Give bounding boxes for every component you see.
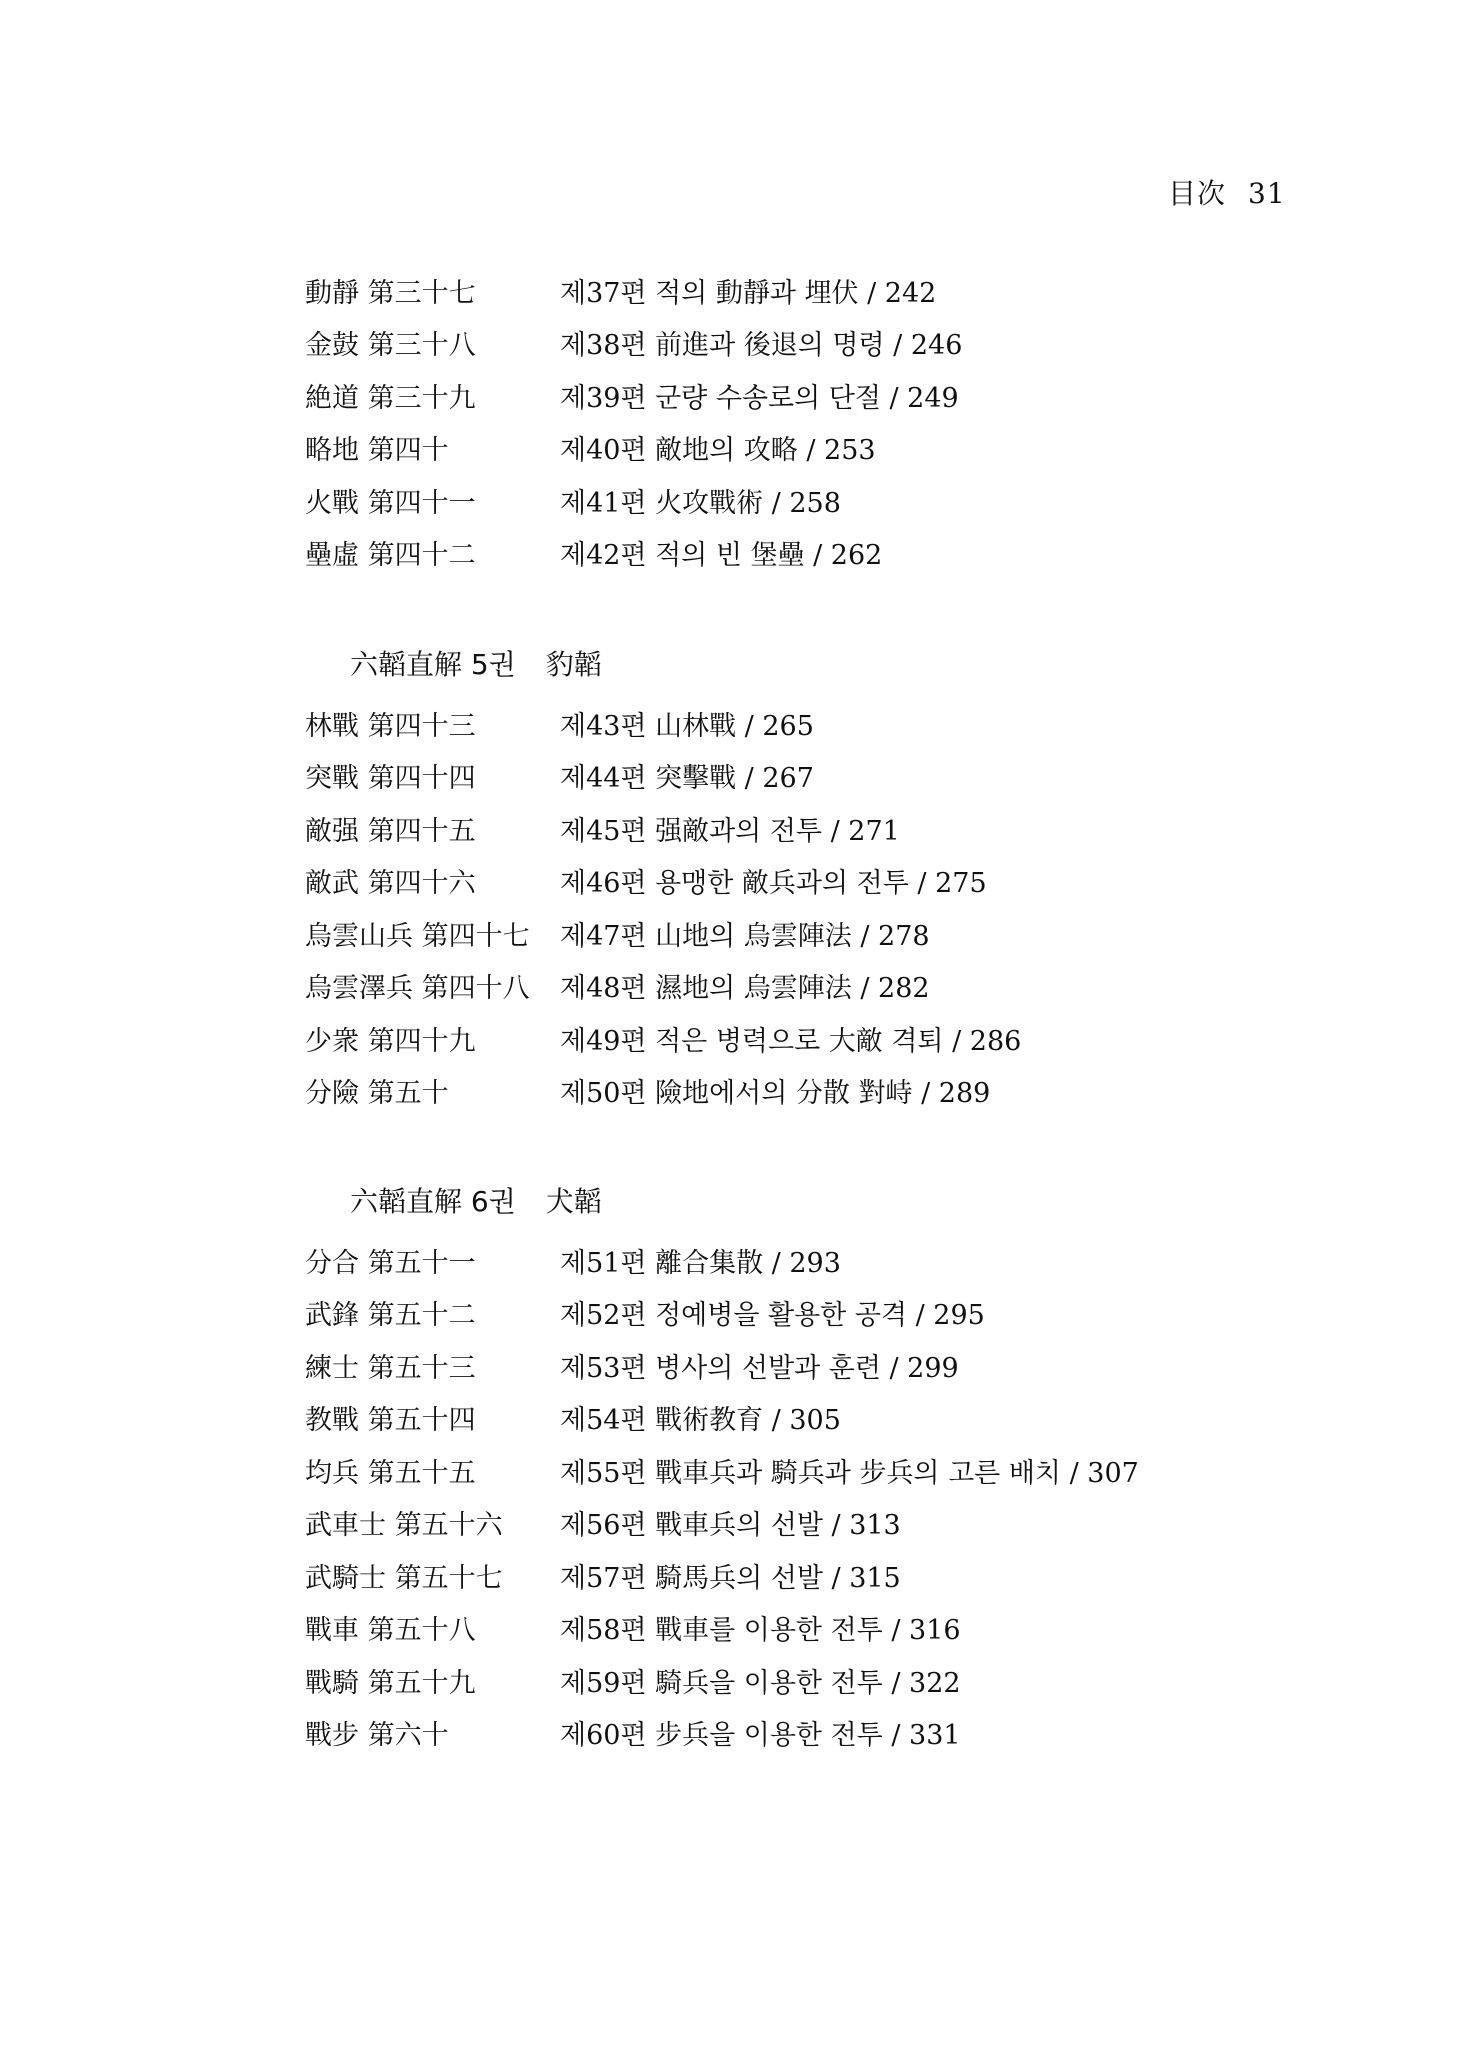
entry-translation: 제57편 騎馬兵의 선발 / 315: [560, 1556, 901, 1595]
toc-entry[interactable]: 突戰 第四十四제44편 突擊戰 / 267: [305, 755, 814, 795]
entry-original: 火戰 第四十一: [305, 481, 560, 520]
entry-original: 練士 第五十三: [305, 1346, 560, 1385]
entry-translation: 제58편 戰車를 이용한 전투 / 316: [560, 1608, 961, 1647]
entry-original: 絶道 第三十九: [305, 376, 560, 415]
entry-original: 少衆 第四十九: [305, 1019, 560, 1058]
toc-entry[interactable]: 金鼓 第三十八제38편 前進과 後退의 명령 / 246: [305, 322, 962, 362]
toc-entry[interactable]: 武騎士 第五十七제57편 騎馬兵의 선발 / 315: [305, 1555, 901, 1595]
entry-translation: 제47편 山地의 烏雲陣法 / 278: [560, 914, 930, 953]
entry-original: 分險 第五十: [305, 1071, 560, 1110]
toc-entry[interactable]: 分合 第五十一제51편 離合集散 / 293: [305, 1240, 841, 1280]
entry-translation: 제51편 離合集散 / 293: [560, 1241, 841, 1280]
toc-entry[interactable]: 武鋒 第五十二제52편 정예병을 활용한 공격 / 295: [305, 1292, 985, 1332]
toc-entry[interactable]: 武車士 第五十六제56편 戰車兵의 선발 / 313: [305, 1502, 901, 1542]
entry-translation: 제44편 突擊戰 / 267: [560, 756, 814, 795]
entry-translation: 제48편 濕地의 烏雲陣法 / 282: [560, 966, 930, 1005]
entry-translation: 제60편 步兵을 이용한 전투 / 331: [560, 1713, 961, 1752]
toc-entry[interactable]: 林戰 第四十三제43편 山林戰 / 265: [305, 703, 814, 743]
toc-entry[interactable]: 練士 第五十三제53편 병사의 선발과 훈련 / 299: [305, 1345, 959, 1385]
entry-original: 動靜 第三十七: [305, 271, 560, 310]
entry-original: 戰騎 第五十九: [305, 1661, 560, 1700]
entry-original: 均兵 第五十五: [305, 1451, 560, 1490]
entry-original: 敵武 第四十六: [305, 861, 560, 900]
section-book: 六韜直解 6권: [350, 1185, 516, 1218]
entry-translation: 제42편 적의 빈 堡壘 / 262: [560, 533, 882, 572]
entry-original: 烏雲山兵 第四十七: [305, 914, 560, 953]
toc-entry[interactable]: 敵武 第四十六제46편 용맹한 敵兵과의 전투 / 275: [305, 860, 987, 900]
section-title: 豹韜: [546, 648, 602, 681]
page-header: 目次31: [1168, 172, 1286, 212]
toc-entry[interactable]: 分險 第五十제50편 險地에서의 分散 對峙 / 289: [305, 1070, 990, 1110]
entry-translation: 제45편 强敵과의 전투 / 271: [560, 809, 900, 848]
toc-entry[interactable]: 烏雲澤兵 第四十八제48편 濕地의 烏雲陣法 / 282: [305, 965, 930, 1005]
entry-translation: 제46편 용맹한 敵兵과의 전투 / 275: [560, 861, 987, 900]
toc-entry[interactable]: 壘虛 第四十二제42편 적의 빈 堡壘 / 262: [305, 532, 882, 572]
entry-original: 教戰 第五十四: [305, 1398, 560, 1437]
entry-original: 武鋒 第五十二: [305, 1293, 560, 1332]
entry-translation: 제41편 火攻戰術 / 258: [560, 481, 841, 520]
entry-original: 戰車 第五十八: [305, 1608, 560, 1647]
toc-entry[interactable]: 烏雲山兵 第四十七제47편 山地의 烏雲陣法 / 278: [305, 913, 930, 953]
entry-translation: 제53편 병사의 선발과 훈련 / 299: [560, 1346, 959, 1385]
toc-entry[interactable]: 均兵 第五十五제55편 戰車兵과 騎兵과 步兵의 고른 배치 / 307: [305, 1450, 1139, 1490]
entry-original: 突戰 第四十四: [305, 756, 560, 795]
entry-original: 敵强 第四十五: [305, 809, 560, 848]
entry-original: 戰步 第六十: [305, 1713, 560, 1752]
toc-entry[interactable]: 戰車 第五十八제58편 戰車를 이용한 전투 / 316: [305, 1607, 961, 1647]
toc-entry[interactable]: 少衆 第四十九제49편 적은 병력으로 大敵 격퇴 / 286: [305, 1018, 1021, 1058]
toc-entry[interactable]: 略地 第四十제40편 敵地의 攻略 / 253: [305, 427, 876, 467]
entry-original: 分合 第五十一: [305, 1241, 560, 1280]
entry-translation: 제50편 險地에서의 分散 對峙 / 289: [560, 1071, 990, 1110]
section-title: 犬韜: [546, 1185, 602, 1218]
entry-translation: 제43편 山林戰 / 265: [560, 704, 814, 743]
entry-translation: 제40편 敵地의 攻略 / 253: [560, 428, 876, 467]
entry-original: 武騎士 第五十七: [305, 1556, 560, 1595]
section-book: 六韜直解 5권: [350, 648, 516, 681]
section-heading: 六韜直解 6권犬韜: [350, 1180, 602, 1220]
entry-original: 林戰 第四十三: [305, 704, 560, 743]
toc-entry[interactable]: 火戰 第四十一제41편 火攻戰術 / 258: [305, 480, 841, 520]
entry-translation: 제37편 적의 動靜과 埋伏 / 242: [560, 271, 936, 310]
toc-entry[interactable]: 敵强 第四十五제45편 强敵과의 전투 / 271: [305, 808, 900, 848]
entry-original: 壘虛 第四十二: [305, 533, 560, 572]
entry-original: 略地 第四十: [305, 428, 560, 467]
entry-translation: 제56편 戰車兵의 선발 / 313: [560, 1503, 901, 1542]
toc-entry[interactable]: 教戰 第五十四제54편 戰術教育 / 305: [305, 1397, 841, 1437]
entry-translation: 제39편 군량 수송로의 단절 / 249: [560, 376, 959, 415]
entry-translation: 제38편 前進과 後退의 명령 / 246: [560, 323, 962, 362]
toc-entry[interactable]: 戰步 第六十제60편 步兵을 이용한 전투 / 331: [305, 1712, 961, 1752]
entry-original: 武車士 第五十六: [305, 1503, 560, 1542]
entry-translation: 제59편 騎兵을 이용한 전투 / 322: [560, 1661, 961, 1700]
toc-entry[interactable]: 戰騎 第五十九제59편 騎兵을 이용한 전투 / 322: [305, 1660, 961, 1700]
entry-original: 金鼓 第三十八: [305, 323, 560, 362]
header-title: 目次: [1168, 177, 1226, 210]
entry-original: 烏雲澤兵 第四十八: [305, 966, 560, 1005]
entry-translation: 제49편 적은 병력으로 大敵 격퇴 / 286: [560, 1019, 1021, 1058]
page-number: 31: [1248, 177, 1286, 210]
entry-translation: 제54편 戰術教育 / 305: [560, 1398, 841, 1437]
toc-entry[interactable]: 動靜 第三十七제37편 적의 動靜과 埋伏 / 242: [305, 270, 936, 310]
section-heading: 六韜直解 5권豹韜: [350, 643, 602, 683]
entry-translation: 제55편 戰車兵과 騎兵과 步兵의 고른 배치 / 307: [560, 1451, 1139, 1490]
entry-translation: 제52편 정예병을 활용한 공격 / 295: [560, 1293, 985, 1332]
toc-entry[interactable]: 絶道 第三十九제39편 군량 수송로의 단절 / 249: [305, 375, 959, 415]
